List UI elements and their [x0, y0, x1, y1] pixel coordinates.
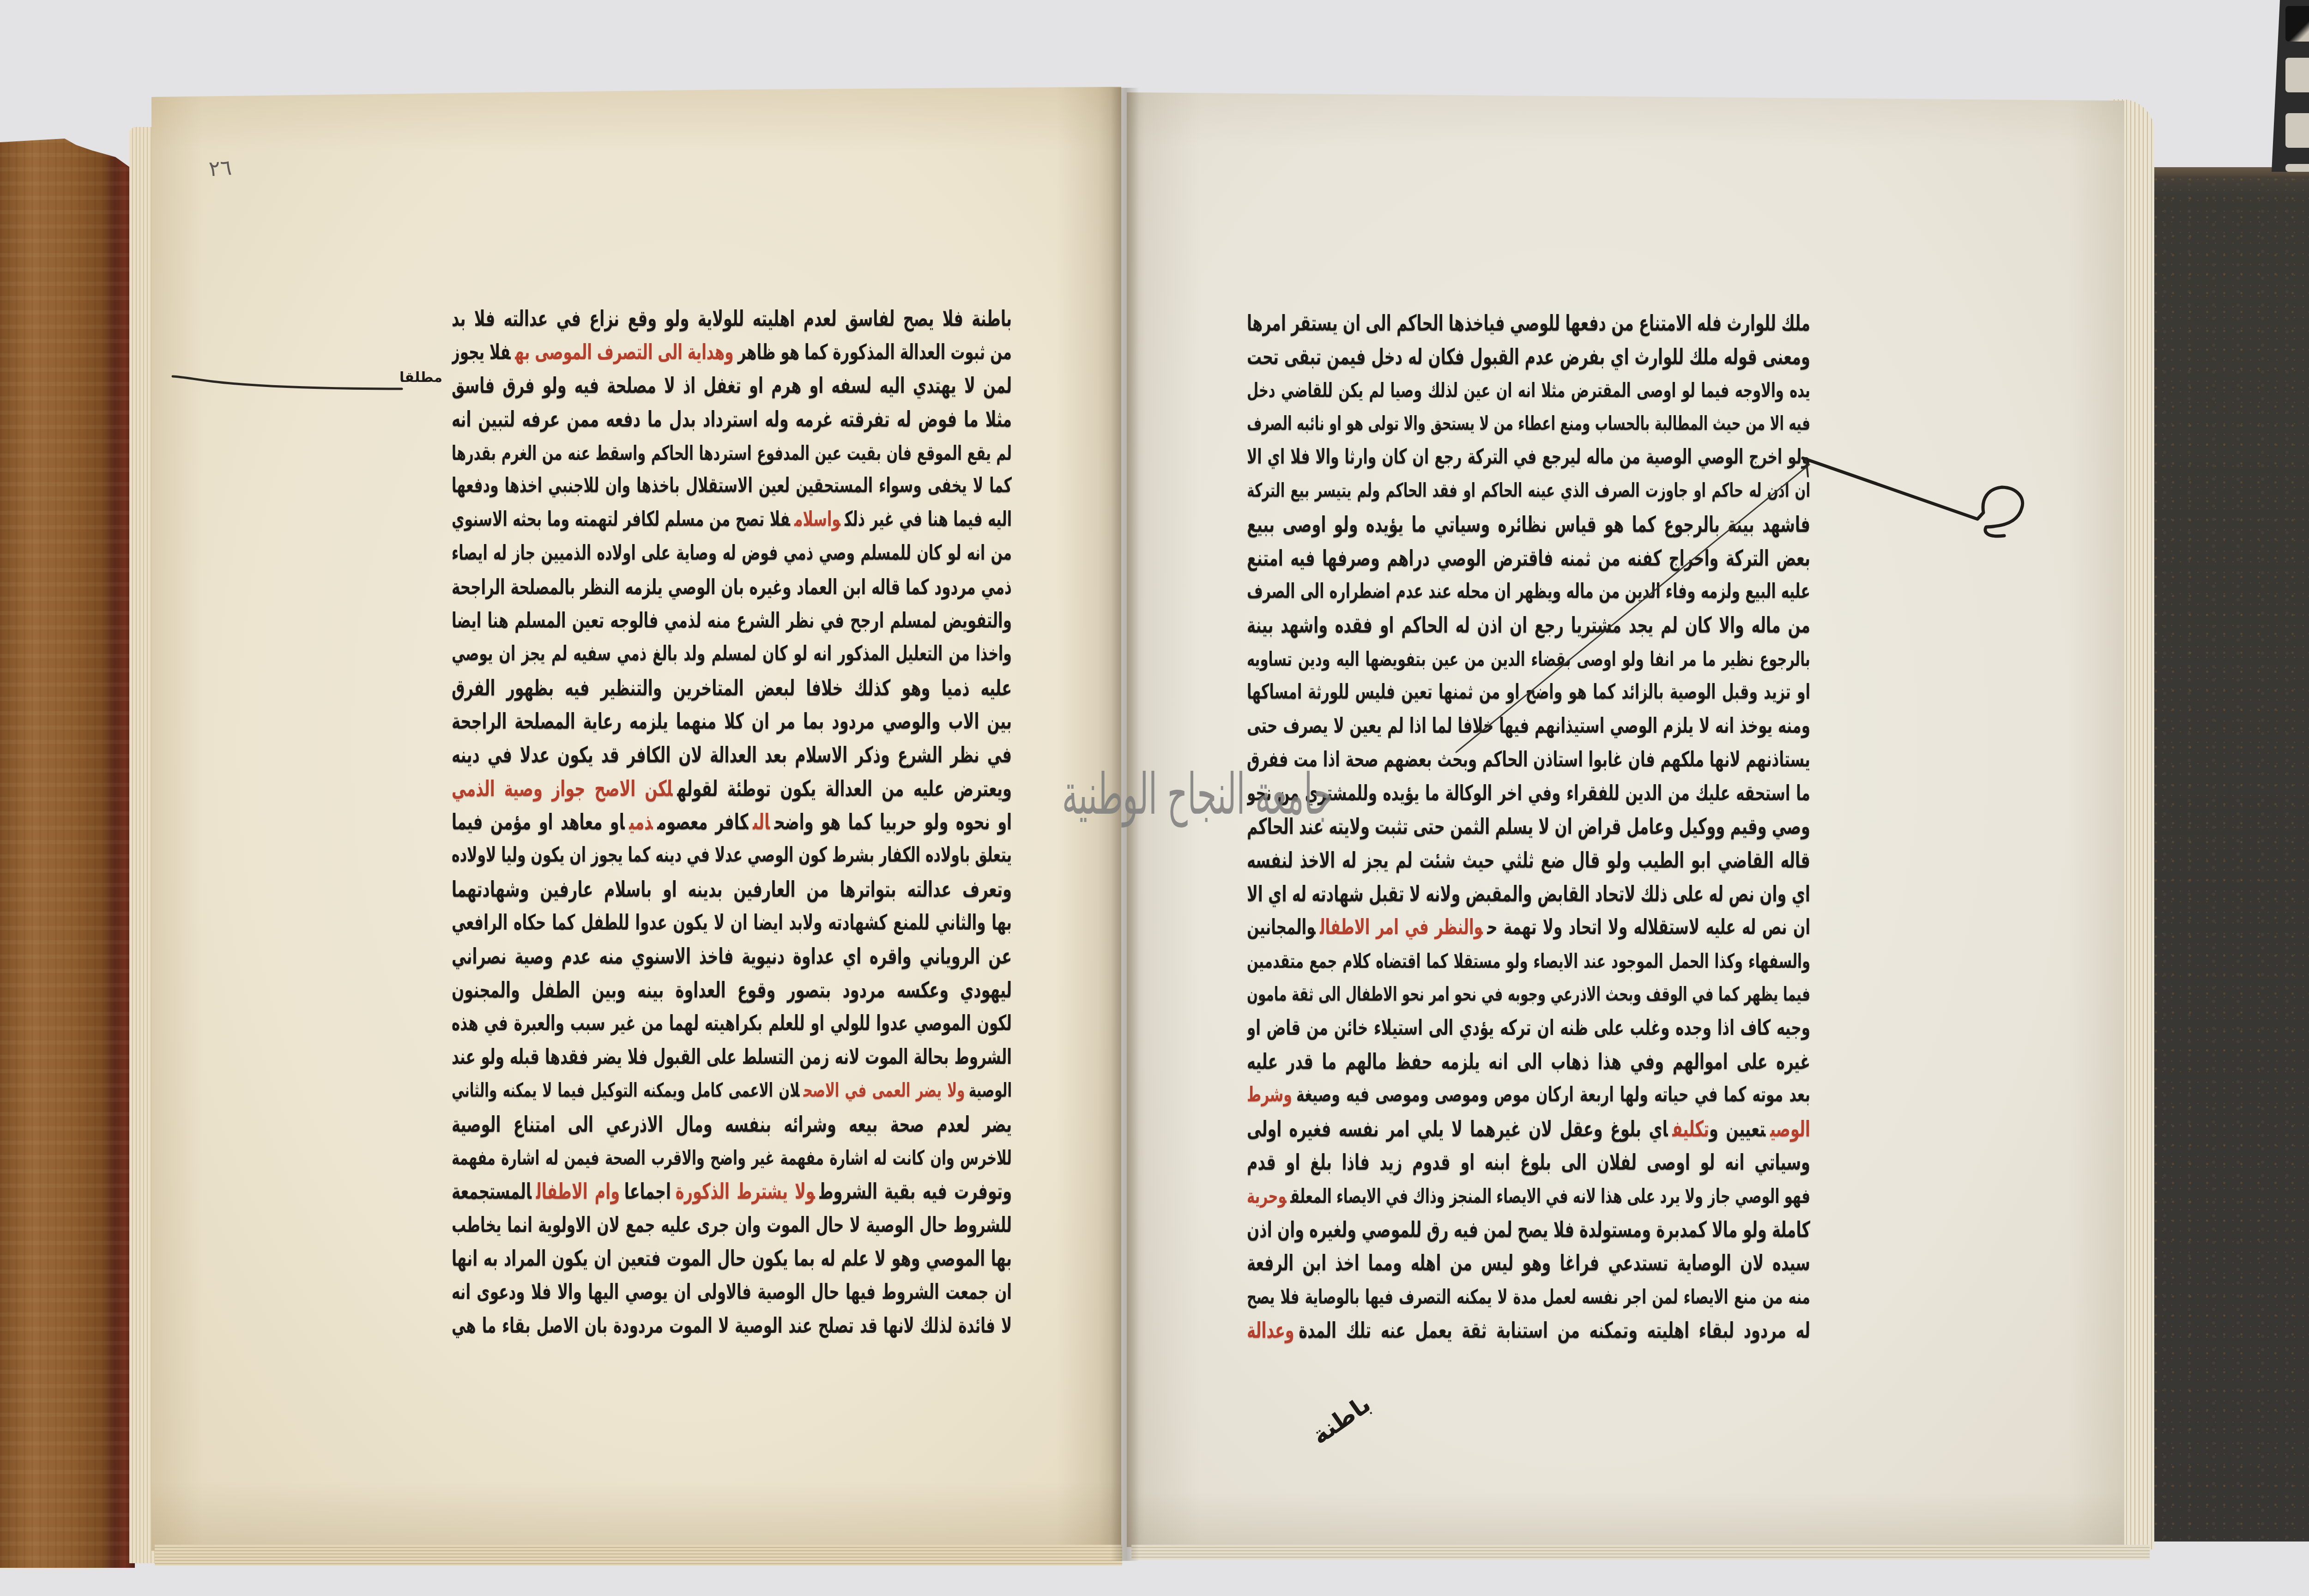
library-watermark: جامعة النجاح الوطنية: [1056, 737, 1339, 853]
text-line: له مردود لبقاء اهليته وتمكنه من استنابة …: [1247, 1305, 1810, 1355]
ink-text: لا فائدة لذلك لانها قد تصلح عند الوصية ل…: [452, 1313, 1012, 1338]
ink-text: من انه لو كان للمسلم وصي ذمي فوض له وصاي…: [452, 541, 1012, 566]
ink-text: والسفهاء وكذا الحمل الموجود عند الايصاء …: [1247, 949, 1810, 973]
ink-text: فيه الا من حيث المطالبة بالحساب ومنع اعط…: [1247, 412, 1810, 435]
rubric-text: وحرية: [1247, 1184, 1287, 1208]
scanner-clamp-bracket: [2272, 0, 2309, 172]
ink-text: فهو الوصي جاز ولا يرد على هذا لانه في ال…: [1290, 1184, 1810, 1208]
manuscript-photo: ٢٦ مطلقا باطنة فلا يصح لفاسق لعدم اهليته…: [0, 0, 2309, 1596]
margin-note: مطلقا: [396, 369, 442, 386]
right-cloth-cover: [2147, 170, 2309, 1542]
text-line: لا فائدة لذلك لانها قد تصلح عند الوصية ل…: [452, 1300, 1012, 1351]
rubric-text: وشرط: [1247, 1083, 1292, 1107]
left-bottom-page-edges: [155, 1545, 1122, 1566]
ink-text: منه من منع الايصاء لمن اجر نفسه لعمل مدة…: [1247, 1285, 1810, 1308]
ink-text: الوصية: [969, 1079, 1012, 1102]
right-bottom-page-edges: [1131, 1545, 2150, 1560]
ink-text: بالرجوع نظير ما مر انفا ولو اوصى بقضاء ا…: [1247, 647, 1810, 671]
ink-text: فلا تصح من مسلم لكافر لتهمته وما بحثه ال…: [452, 508, 790, 532]
left-page-stack-edge: [129, 127, 155, 1563]
clamp-hole: [2285, 58, 2309, 92]
rubric-text: واسلام: [794, 508, 840, 532]
folio-number: ٢٦: [208, 153, 256, 181]
ink-text: له مردود لبقاء اهليته وتمكنه من استنابة …: [1299, 1317, 1810, 1343]
clamp-hole: [2285, 164, 2309, 172]
clamp-hole: [2285, 6, 2309, 42]
ink-text: واخذا من التعليل المذكور انه لو كان لمسل…: [452, 642, 1012, 666]
ink-text: يتعلق باولاده الكفار بشرط كون الوصي عدلا…: [452, 843, 1012, 868]
rubric-text: ولا يضر العمى في الاصح: [804, 1079, 965, 1102]
left-page-text-block: باطنة فلا يصح لفاسق لعدم اهليته للولاية …: [452, 302, 1012, 1342]
ink-text: فيما يظهر كما في الوقف وبحث الاذرعي وجوب…: [1247, 983, 1810, 1006]
ink-text: ان اذن له حاكم او جاوزت الصرف الذي عينه …: [1247, 479, 1810, 502]
clamp-hole: [2285, 113, 2309, 148]
ink-text: بعد موته كما في حياته ولها اربعة اركان م…: [1296, 1083, 1810, 1107]
ink-text: اليه فيما هنا في غير ذلك: [845, 508, 1012, 532]
left-leather-cover: [0, 139, 135, 1568]
rubric-text: وعدالة: [1247, 1317, 1294, 1343]
ink-text: لان الاعمى كامل ويمكنه التوكيل فيما لا ي…: [452, 1079, 799, 1102]
